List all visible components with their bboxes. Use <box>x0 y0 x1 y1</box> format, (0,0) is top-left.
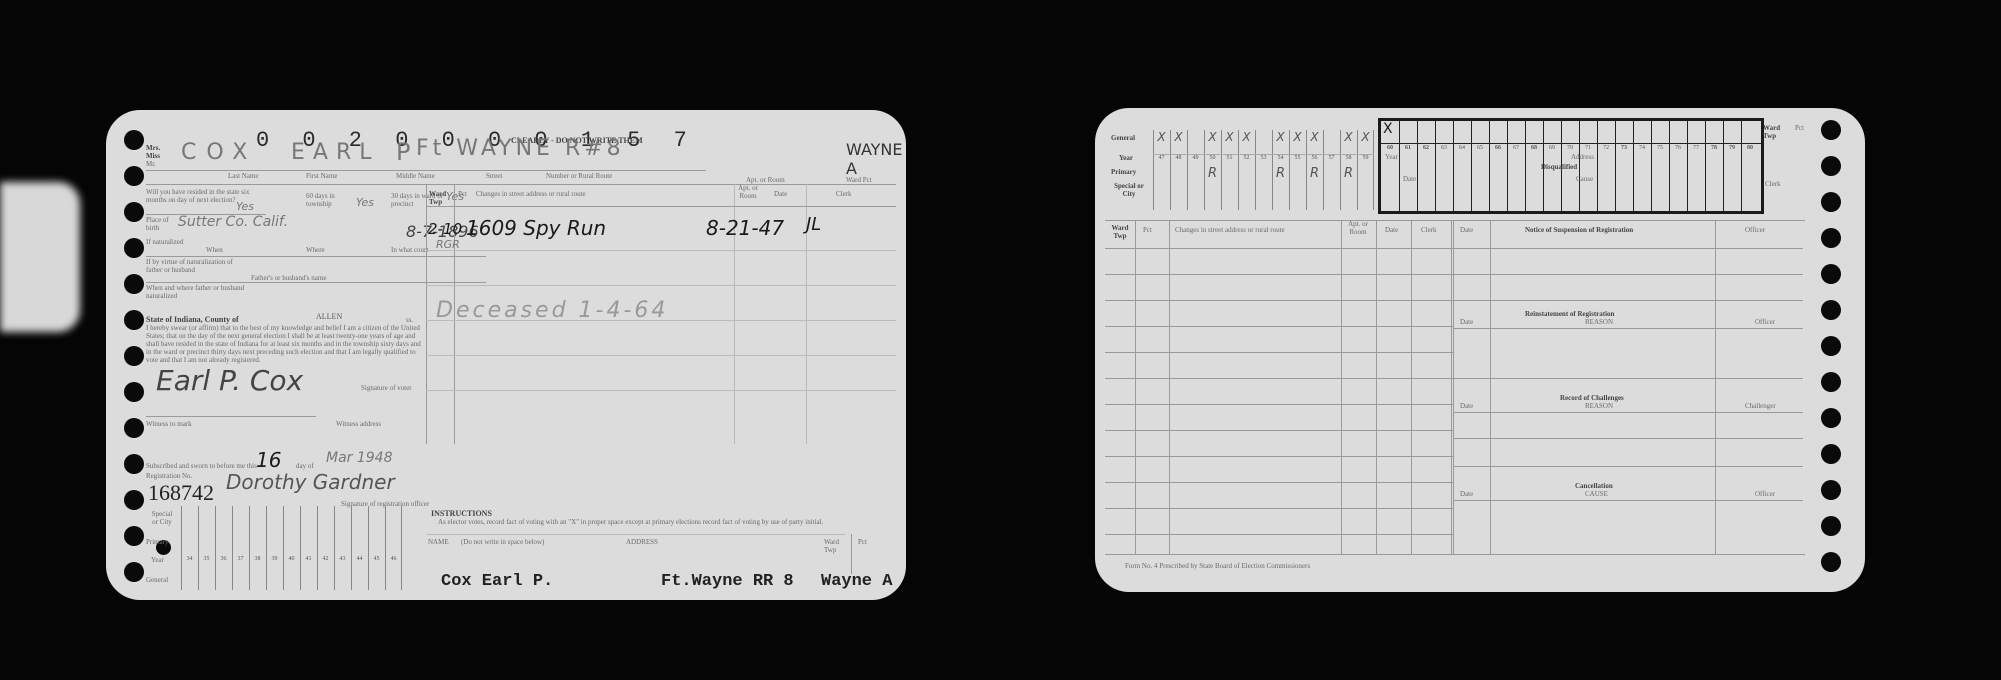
punch-hole <box>1821 372 1841 392</box>
grid-year: 39 <box>266 556 283 562</box>
challenges-reason-header: REASON <box>1585 402 1613 410</box>
row-label-year: Year <box>1119 154 1133 162</box>
father-name-label: Father's or husband's name <box>251 274 326 282</box>
registration-card-back: General Year Primary Special or City X X… <box>1095 108 1865 592</box>
grid-year: 35 <box>198 556 215 562</box>
grid-label-year: Year <box>151 556 164 564</box>
witness-to-mark-label: Witness to mark <box>146 420 192 428</box>
last-name-label: Last Name <box>228 172 259 180</box>
change-header-pct: Pct <box>458 190 467 198</box>
grid-label-general: General <box>146 576 168 584</box>
typed-name: Cox Earl P. <box>441 572 553 591</box>
last-name-handwritten: COX <box>181 140 257 165</box>
punch-hole <box>1821 228 1841 248</box>
address-handwritten: Ft WAYNE R#8 <box>416 136 625 161</box>
oath-ss: ss. <box>406 316 413 324</box>
punch-hole <box>124 382 144 402</box>
voting-history-grid: X X X X X X X X X X 47 48 49 50 51 52 53… <box>1153 130 1373 210</box>
footer-note: (Do not write in space below) <box>461 538 544 546</box>
change-entry-address: 1609 Spy Run <box>466 216 606 240</box>
change-header-address: Changes in street address or rural route <box>476 190 586 198</box>
row-label-primary: Primary <box>1111 168 1136 176</box>
grid-year: 37 <box>232 556 249 562</box>
cancellation-date-header: Date <box>1460 490 1473 498</box>
challenges-date-header: Date <box>1460 402 1473 410</box>
r-change-header-ward: Ward Twp <box>1107 224 1133 240</box>
oath-text: I hereby swear (or affirm) that to the b… <box>146 324 426 364</box>
cancellation-title: Cancellation <box>1575 482 1613 490</box>
footer-ward-label: Ward Twp <box>824 538 840 554</box>
punch-hole <box>124 202 144 222</box>
grid-label-primary: Primary <box>146 538 169 546</box>
grid-year: 43 <box>334 556 351 562</box>
boxed-address-label: Address <box>1571 153 1594 161</box>
title-label-mr: Mr. <box>146 160 156 168</box>
x-mark: X <box>1383 121 1393 137</box>
suspension-officer-header: Officer <box>1745 226 1765 234</box>
punch-hole <box>1821 300 1841 320</box>
subscribed-day: 16 <box>256 448 281 472</box>
punch-hole <box>124 490 144 510</box>
deceased-note: Deceased 1-4-64 <box>436 298 668 323</box>
cancellation-cause-header: CAUSE <box>1585 490 1608 498</box>
punch-hole <box>1821 336 1841 356</box>
oath-county: ALLEN <box>316 312 342 321</box>
punch-hole <box>1821 552 1841 572</box>
naturalized-when-label: When <box>206 246 223 254</box>
street-label: Street <box>486 172 502 180</box>
general-marks-row: X X X X X X X X X X <box>1153 130 1374 144</box>
residence-answer-state: Yes <box>236 200 254 213</box>
reinstatement-officer-header: Officer <box>1755 318 1775 326</box>
apt-room-label: Apt. or Room <box>746 176 785 184</box>
footer-address-label: ADDRESS <box>626 538 658 546</box>
scanner-artifact <box>0 182 80 332</box>
form-footer: Form No. 4 Prescribed by State Board of … <box>1125 562 1310 570</box>
grid-year: 41 <box>300 556 317 562</box>
punch-hole <box>124 238 144 258</box>
subscribed-day-label: day of <box>296 462 314 470</box>
punch-hole <box>1821 156 1841 176</box>
instructions-text: As elector votes, record fact of voting … <box>438 518 838 526</box>
change-entry-ward: 2-10 <box>428 220 462 238</box>
grid-year: 42 <box>317 556 334 562</box>
punch-hole <box>124 310 144 330</box>
naturalized-where-label: Where <box>306 246 325 254</box>
voting-grid-left: 34 35 36 37 38 39 40 41 42 43 44 45 46 <box>181 506 401 590</box>
footer-name-label: NAME <box>428 538 449 546</box>
place-of-birth-label: Place of birth <box>146 216 176 232</box>
row-label-special: Special or City <box>1111 182 1147 198</box>
naturalized-court-label: In what court <box>391 246 428 254</box>
grid-year: 45 <box>368 556 385 562</box>
reinstatement-date-header: Date <box>1460 318 1473 326</box>
punch-hole <box>1821 264 1841 284</box>
change-header-date: Date <box>774 190 787 198</box>
suspension-title: Notice of Suspension of Registration <box>1525 226 1633 234</box>
place-of-birth-handwritten: Sutter Co. Calif. <box>178 214 288 230</box>
registration-card-front: 0 0 2 0 0 0 0 1 5 7 CLEARLY - DO NOT WRI… <box>106 110 906 600</box>
first-name-label: First Name <box>306 172 337 180</box>
punch-hole <box>124 526 144 546</box>
rural-route-label: Number or Rural Route <box>546 172 612 180</box>
punch-hole <box>1821 192 1841 212</box>
subscribed-month: Mar 1948 <box>326 450 393 466</box>
punch-hole <box>1821 444 1841 464</box>
oath-state-line: State of Indiana, County of <box>146 316 239 324</box>
when-where-naturalized-label: When and where father or husband natural… <box>146 284 246 300</box>
clerk-label: Clerk <box>1765 180 1781 188</box>
change-entry-clerk: JL <box>806 214 821 235</box>
grid-year: 34 <box>181 556 198 562</box>
grid-label-special: Special or City <box>148 510 176 526</box>
registration-number: 168742 <box>148 480 214 506</box>
grid-year: 36 <box>215 556 232 562</box>
punch-hole <box>124 346 144 366</box>
typed-ward: Wayne A <box>821 572 892 591</box>
reinstatement-title: Reinstatement of Registration <box>1525 310 1614 318</box>
voter-signature: Earl P. Cox <box>156 364 303 397</box>
r-change-header-apt: Apt. or Room <box>1343 220 1373 236</box>
grid-year: 40 <box>283 556 300 562</box>
year-row: 47 48 49 50 51 52 53 54 55 56 57 58 59 <box>1153 155 1374 161</box>
punch-hole <box>1821 408 1841 428</box>
challenges-challenger-header: Challenger <box>1745 402 1776 410</box>
punch-hole <box>124 274 144 294</box>
change-header-clerk: Clerk <box>836 190 852 198</box>
punch-hole <box>1821 516 1841 536</box>
challenges-title: Record of Challenges <box>1560 394 1624 402</box>
boxed-cause-label: Cause <box>1576 175 1593 183</box>
punch-hole <box>124 418 144 438</box>
change-entry-date: 8-21-47 <box>706 216 784 240</box>
disqualified-box: X 60 61 62 63 64 65 66 67 68 69 70 71 72… <box>1378 118 1764 214</box>
r-change-header-clerk: Clerk <box>1421 226 1437 234</box>
boxed-year-row: 60 61 62 63 64 65 66 67 68 69 70 71 72 7… <box>1381 145 1761 151</box>
parent-naturalization-label: If by virtue of naturalization of father… <box>146 258 246 274</box>
cancellation-officer-header: Officer <box>1755 490 1775 498</box>
voter-signature-label: Signature of voter <box>361 384 412 392</box>
grid-year: 38 <box>249 556 266 562</box>
residence-question-township: 60 days in township <box>306 192 356 208</box>
typed-address: Ft.Wayne RR 8 <box>661 572 794 591</box>
pct-label: Pct <box>1795 124 1804 132</box>
ward-handwritten: WAYNE A <box>846 140 906 178</box>
punch-hole <box>124 166 144 186</box>
witness-address-label: Witness address <box>336 420 381 428</box>
ward-pct-label: Ward Pct <box>846 176 872 184</box>
punch-hole <box>1821 120 1841 140</box>
footer-pct-label: Pct <box>858 538 867 546</box>
change-header-ward: Ward Twp <box>429 190 453 206</box>
residence-answer-township: Yes <box>356 196 374 209</box>
change-header-apt: Apt. or Room <box>738 184 758 200</box>
punch-hole <box>124 454 144 474</box>
primary-marks-row: R R R R <box>1153 166 1374 181</box>
r-change-header-address: Changes in street address or rural route <box>1175 226 1285 234</box>
boxed-disqualified-label: Disqualified <box>1541 163 1577 171</box>
r-change-header-pct: Pct <box>1143 226 1152 234</box>
registration-no-label: Registration No. <box>146 472 192 480</box>
officer-signature: Dorothy Gardner <box>226 470 395 494</box>
suspension-date-header: Date <box>1460 226 1473 234</box>
ward-twp-label: Ward Twp <box>1763 124 1783 140</box>
title-label-mrs: Mrs. <box>146 144 160 152</box>
title-label-miss: Miss <box>146 152 160 160</box>
middle-name-label: Middle Name <box>396 172 435 180</box>
middle-name-handwritten: P <box>396 138 410 166</box>
instructions-title: INSTRUCTIONS <box>431 510 492 518</box>
punch-hole <box>124 562 144 582</box>
reinstatement-reason-header: REASON <box>1585 318 1613 326</box>
naturalized-label: If naturalized <box>146 238 186 246</box>
grid-year: 46 <box>385 556 402 562</box>
boxed-year-label: Year <box>1385 153 1398 161</box>
boxed-date-label: Date <box>1403 175 1416 183</box>
subscribed-label: Subscribed and sworn to before me this <box>146 462 257 470</box>
first-name-handwritten: EARL <box>291 140 380 165</box>
row-label-general: General <box>1111 134 1135 142</box>
r-change-header-date: Date <box>1385 226 1398 234</box>
grid-year: 44 <box>351 556 368 562</box>
punch-hole <box>1821 480 1841 500</box>
punch-hole <box>124 130 144 150</box>
